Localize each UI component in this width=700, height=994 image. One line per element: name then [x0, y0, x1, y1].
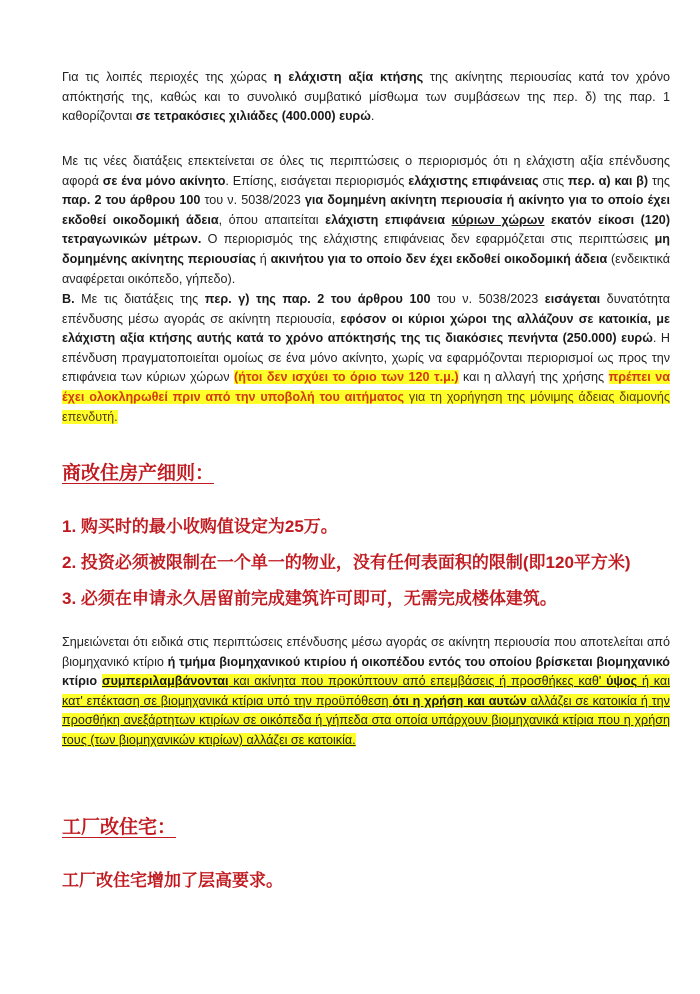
list-item: 1. 购买时的最小收购值设定为25万。	[62, 512, 338, 537]
paragraph-industrial-buildings: Σημειώνεται ότι ειδικά στις περιπτώσεις …	[62, 633, 670, 751]
highlighted-text: και ακίνητα που προκύπτουν από επεμβάσει…	[228, 674, 606, 688]
paragraph-min-acquisition-value: Για τις λοιπές περιοχές της χώρας η ελάχ…	[62, 68, 670, 127]
paragraph-b-change-of-use: Β. Με τις διατάξεις της περ. γ) της παρ.…	[62, 290, 670, 427]
bold-text: περ. γ) της παρ. 2 του άρθρου 100	[205, 292, 431, 306]
document-page: Για τις λοιπές περιοχές της χώρας η ελάχ…	[0, 0, 700, 994]
text: και η αλλαγή της χρήσης	[459, 370, 609, 384]
paragraph-new-provisions: Με τις νέες διατάξεις επεκτείνεται σε όλ…	[62, 152, 670, 289]
text: , όπου απαιτείται	[219, 213, 326, 227]
bold-text: ελάχιστης επιφάνειας	[408, 174, 538, 188]
text: . Επίσης, εισάγεται περιορισμός	[225, 174, 408, 188]
bold-text: ελάχιστη επιφάνεια	[325, 213, 451, 227]
list-item: 2. 投资必须被限制在一个单一的物业，没有任何表面积的限制(即120平方米)	[62, 548, 631, 573]
section-heading-commercial-to-residential: 商改住房产细则：	[62, 458, 214, 485]
section-heading-factory-to-residential: 工厂改住宅：	[62, 812, 176, 839]
bold-text: η ελάχιστη αξία κτήσης	[274, 70, 423, 84]
bold-text: παρ. 2 του άρθρου 100	[62, 193, 200, 207]
text: .	[371, 109, 375, 123]
text: στις	[539, 174, 568, 188]
bold-text: περ. α) και β)	[568, 174, 648, 188]
highlighted-text: (ήτοι δεν ισχύει το όριο των 120 τ.μ.)	[234, 370, 459, 384]
bold-text: σε ένα μόνο ακίνητο	[103, 174, 226, 188]
text: του ν. 5038/2023	[430, 292, 544, 306]
underlined-bold-text: κύριων χώρων	[452, 213, 545, 227]
text: Ο περιορισμός της ελάχιστης επιφάνειας δ…	[201, 232, 654, 246]
highlighted-bold-text: ότι η χρήση και αυτών	[392, 694, 526, 708]
bold-text: εισάγεται	[545, 292, 600, 306]
list-item: 3. 必须在申请永久居留前完成建筑许可即可，无需完成楼体建筑。	[62, 584, 557, 609]
text: Με τις διατάξεις της	[75, 292, 205, 306]
highlighted-red-text: ύψος	[606, 674, 637, 688]
section-text: 工厂改住宅增加了层高要求。	[62, 866, 283, 891]
text: του ν. 5038/2023	[200, 193, 305, 207]
bold-text: ακινήτου για το οποίο δεν έχει εκδοθεί ο…	[271, 252, 608, 266]
section-label: Β.	[62, 292, 75, 306]
text: Για τις λοιπές περιοχές της χώρας	[62, 70, 274, 84]
bold-text: σε τετρακόσιες χιλιάδες (400.000) ευρώ	[136, 109, 371, 123]
text: της	[648, 174, 670, 188]
text: ή	[256, 252, 271, 266]
highlighted-bold-text: συμπεριλαμβάνονται	[102, 674, 229, 688]
